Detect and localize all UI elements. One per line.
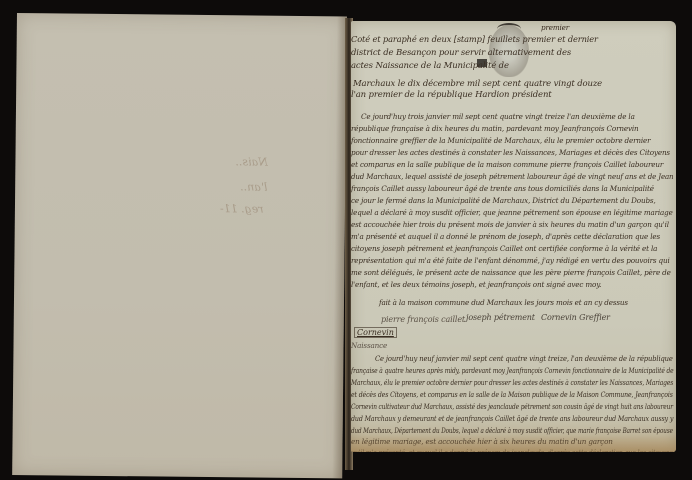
act1-line: lequel a déclaré à moy susdit officier, … — [351, 208, 673, 217]
act2-line: Cornevin cultivateur dud Marchaux, assis… — [351, 402, 673, 411]
header-line: Marchaux le dix décembre mil sept cent q… — [353, 79, 602, 89]
act1-line: citoyens joseph pétrement et jeanfrançoi… — [351, 244, 657, 253]
act1-line: m'a présenté et auquel il a donné le pré… — [351, 232, 660, 241]
act2-line: qu'il m'a présenté, et auquel il a donné… — [351, 448, 673, 452]
act2-line: Marchaux, élu le premier octobre dernier… — [351, 378, 673, 387]
header-line: Coté et paraphé en deux [stamp] feuillet… — [351, 35, 673, 45]
margin-note-subtitle: Naissance — [351, 341, 387, 350]
act1-line: Ce jourd'huy trois janvier mil sept cent… — [361, 112, 635, 121]
closing-line: fait à la maison commune dud Marchaux le… — [379, 298, 628, 307]
act1-line: et comparus en la salle publique de la m… — [351, 160, 663, 169]
act2-line: dud Marchaux, Département du Doubs, lequ… — [351, 426, 673, 435]
act1-line: françois Caillet aussy laboureur âgé de … — [351, 184, 654, 193]
act1-line: république française à dix heures du mat… — [351, 124, 639, 133]
bleed-through-line: reg. 11- — [220, 200, 264, 217]
header-line: actes Naissance de la Municipalité de — [351, 61, 509, 71]
act1-line: ce jour le fermé dans la Municipalité de… — [351, 196, 656, 205]
act1-line: fonctionnaire greffier de la Municipalit… — [351, 136, 650, 145]
margin-note-title: Cornevin — [354, 327, 397, 338]
right-page-register: premier Coté et paraphé en deux [stamp] … — [351, 21, 676, 452]
act2-line: et décès des Citoyens, et comparus en la… — [351, 390, 673, 399]
header-line: district de Besançon pour servir alterna… — [351, 48, 571, 58]
act1-line: me sont délégués, le présent acte de nai… — [351, 268, 671, 277]
left-page-blank: Nais.. l'an.. reg. 11- — [12, 13, 347, 478]
act1-line: l'enfant, et les deux témoins joseph, et… — [351, 280, 601, 289]
signature: pierre françois caillet — [381, 315, 465, 324]
act1-line: est accouchée hier trois du présent mois… — [351, 220, 669, 229]
act2-line: en légitime mariage, est accouchée hier … — [351, 437, 613, 446]
signature: Cornevin Greffier — [541, 313, 610, 322]
act1-line: dud Marchaux, lequel assisté de joseph p… — [351, 172, 673, 181]
bleed-through-line: l'an.. — [240, 178, 267, 195]
signature: joseph pétrement — [466, 313, 535, 322]
act1-line: pour dresser les actes destinés à consta… — [351, 148, 670, 157]
act2-line: française à quatre heures après midy, pa… — [351, 366, 674, 375]
act2-line: dud Marchaux y demeurant et de jeanfranç… — [351, 414, 673, 423]
header-superscript: premier — [541, 23, 569, 32]
act1-line: représentation qui m'a été faite de l'en… — [351, 256, 670, 265]
header-line: l'an premier de la république Hardion pr… — [351, 90, 552, 100]
bleed-through-line: Nais.. — [235, 153, 268, 170]
act2-line: Ce jourd'huy neuf janvier mil sept cent … — [375, 354, 673, 363]
